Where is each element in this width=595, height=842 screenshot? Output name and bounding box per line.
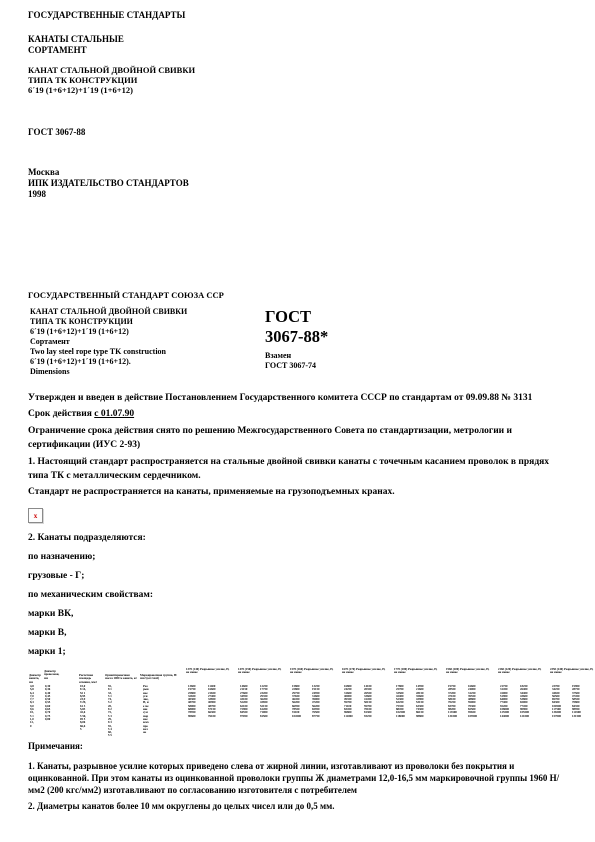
cover-doc-title: КАНАТ СТАЛЬНОЙ ДВОЙНОЙ СВИВКИ ТИПА ТК КО… [28,65,195,95]
cover-imprint: Москва ИПК ИЗДАТЕЛЬСТВО СТАНДАРТОВ 1998 [28,167,189,200]
state-standard-title: ГОСУДАРСТВЕННЫЙ СТАНДАРТ СОЮЗА ССР [28,290,224,300]
validity-paragraph: Срок действия с 01.07.90 [28,407,568,421]
table-column-header: 1960 (200) Разрывное усилие, Н, не менее [446,668,490,675]
table-column: 16800 24250 31600 40000 49350 59700 7110… [344,685,353,718]
subject-ru-line4: Сортамент [30,337,235,347]
table-column: 19750 28550 37200 47100 58100 70250 8370… [448,685,457,718]
subject-ru-line2: ТИПА ТК КОНСТРУКЦИИ [30,317,235,327]
table-column: 17800 25700 33500 42400 52300 63250 7535… [396,685,405,718]
limitation-paragraph: Ограничение срока действия снято по реше… [28,424,556,452]
cover-publisher: ИПК ИЗДАТЕЛЬСТВО СТАНДАРТОВ [28,178,189,189]
table-column-header: Диаметр проволоки, мм [44,670,60,680]
standard-header-block: КАНАТ СТАЛЬНОЙ ДВОЙНОЙ СВИВКИ ТИПА ТК КО… [28,307,568,389]
cover-series: КАНАТЫ СТАЛЬНЫЕ СОРТАМЕНТ [28,34,124,56]
broken-image-icon: x [28,508,43,523]
sortament-table: Диаметр каната, мм4,8 5,8 6,4 7,0 7,7 8,… [0,666,595,742]
notes-title: Примечания: [28,740,573,752]
subject-ru-line1: КАНАТ СТАЛЬНОЙ ДВОЙНОЙ СВИВКИ [30,307,235,317]
replaces-block: Взамен ГОСТ 3067-74 [265,351,328,370]
clause-1b-paragraph: Стандарт не распространяется на канаты, … [28,485,568,499]
table-column-header: Ориентировочная масса 1000 м каната, кг [105,674,137,681]
table-column: 12250 17750 23200 29350 36200 43850 5215… [260,685,269,718]
table-column-header: Маркировочная группа, Н/мм2 (кгс/мм2) [140,674,180,681]
broken-image-x-glyph: x [34,512,38,520]
table-column: 4,8 5,8 6,4 7,0 7,7 8,3 9,0 9,6 10,5 11,… [30,685,35,728]
cover-series-title: КАНАТЫ СТАЛЬНЫЕ [28,34,124,45]
replaces-value: ГОСТ 3067-74 [265,361,328,371]
table-column: 13250 19150 24950 31600 39000 47200 5620… [312,685,321,718]
table-column: 16600 24000 31250 39550 48800 59000 7030… [468,685,477,718]
broken-image-placeholder: x [28,508,43,523]
cover-doc-title-line1: КАНАТ СТАЛЬНОЙ ДВОЙНОЙ СВИВКИ [28,65,195,75]
gost-number-line2: 3067-88* [265,327,328,347]
gost-number-line1: ГОСТ [265,307,328,327]
list-item-mark-1: марки 1; [28,645,568,659]
approval-paragraph: Утвержден и введен в действие Постановле… [28,391,568,405]
subject-ru-line3: 6´19 (1+6+12)+1´19 (1+6+12) [30,327,235,337]
table-column: 23700 34250 44650 56500 69700 84300 1005… [552,685,561,718]
cover-doc-number: ГОСТ 3067-88 [28,127,85,138]
replaces-label: Взамен [265,351,328,361]
table-column: 15800 22800 29750 37650 46450 56200 6695… [292,685,301,718]
table-column-header: 1670 (170) Разрывное усилие, Н, не менее [342,668,386,675]
subject-en-line3: Dimensions [30,367,235,377]
cover-year: 1998 [28,189,189,200]
table-column: 11400 16600 21650 27400 33850 40900 4870… [208,685,217,718]
table-column: 14100 20350 26550 33600 41450 50150 5970… [364,685,373,718]
list-item-mark-vk: марки ВК, [28,607,568,621]
list-item-cargo: грузовые - Г; [28,569,568,583]
table-column-header: 1570 (160) Разрывное усилие, Н, не менее [290,668,334,675]
cover-city: Москва [28,167,189,178]
table-column: 14950 21600 28150 35600 43900 53150 6330… [416,685,425,718]
table-column-header: 1370 (140) Разрывное усилие, Н, не менее [186,668,230,675]
cover-category: ГОСУДАРСТВЕННЫЕ СТАНДАРТЫ [28,10,185,21]
gost-designation-block: ГОСТ 3067-88* Взамен ГОСТ 3067-74 [265,307,328,370]
cover-doc-title-line3: 6´19 (1+6+12)+1´19 (1+6+12) [28,85,195,95]
table-column: 92,8 133,5 174,5 220,8 272,5 329,8 392,5… [108,685,113,737]
table-column: Разрывное усилие, Н, не менее суммарное … [143,685,149,734]
table-column: 14600 21150 27600 34950 43100 52200 6210… [240,685,249,718]
validity-prefix: Срок действия [28,409,94,419]
clause-1-paragraph: 1. Настоящий стандарт распространяется н… [28,455,568,483]
table-column: 13600 19750 25800 32650 40300 48700 5800… [188,685,197,718]
subject-block: КАНАТ СТАЛЬНОЙ ДВОЙНОЙ СВИВКИ ТИПА ТК КО… [30,307,235,377]
table-column-header: 2160 (220) Разрывное усилие, Н, не менее [498,668,542,675]
table-column: 19900 28750 37500 47450 58550 70800 8435… [572,685,581,718]
table-column: 0,30 0,36 0,40 0,45 0,50 0,55 0,60 0,65 … [45,685,51,721]
list-item-mark-v: марки В, [28,626,568,640]
table-column: 10,08 14,52 18,95 23,99 29,61 35,83 42,6… [80,685,86,731]
validity-date: с 01.07.90 [94,409,134,419]
clause-2-paragraph: 2. Канаты подразделяются: [28,531,568,545]
table-column-header: Диаметр каната, мм [29,674,43,684]
table-column-header: Расчетная площадь сечения, мм2 [79,674,97,684]
list-item-purpose: по назначению; [28,550,568,564]
subject-en-line2: 6´19 (1+6+12)+1´19 (1+6+12). [30,357,235,367]
cover-doc-title-line2: ТИПА ТК КОНСТРУКЦИИ [28,75,195,85]
note-1: 1. Канаты, разрывное усилие которых прив… [28,760,573,796]
subject-en-line1: Two lay steel rope type TK construction [30,347,235,357]
list-item-mechanical: по механическим свойствам: [28,588,568,602]
table-column-header: 1770 (180) Разрывное усилие, Н, не менее [394,668,438,675]
table-column-header: 1470 (150) Разрывное усилие, Н, не менее [238,668,282,675]
document-page: ГОСУДАРСТВЕННЫЕ СТАНДАРТЫ КАНАТЫ СТАЛЬНЫ… [0,0,595,842]
cover-series-subtitle: СОРТАМЕНТ [28,45,124,56]
note-2: 2. Диаметры канатов более 10 мм округлен… [28,800,573,812]
table-column: 21750 31450 41000 51900 64000 77400 9220… [500,685,509,718]
table-column: 18250 26400 34400 43600 53800 65000 7745… [520,685,529,718]
table-column-header: 2350 (240) Разрывное усилие, Н, не менее [550,668,594,675]
